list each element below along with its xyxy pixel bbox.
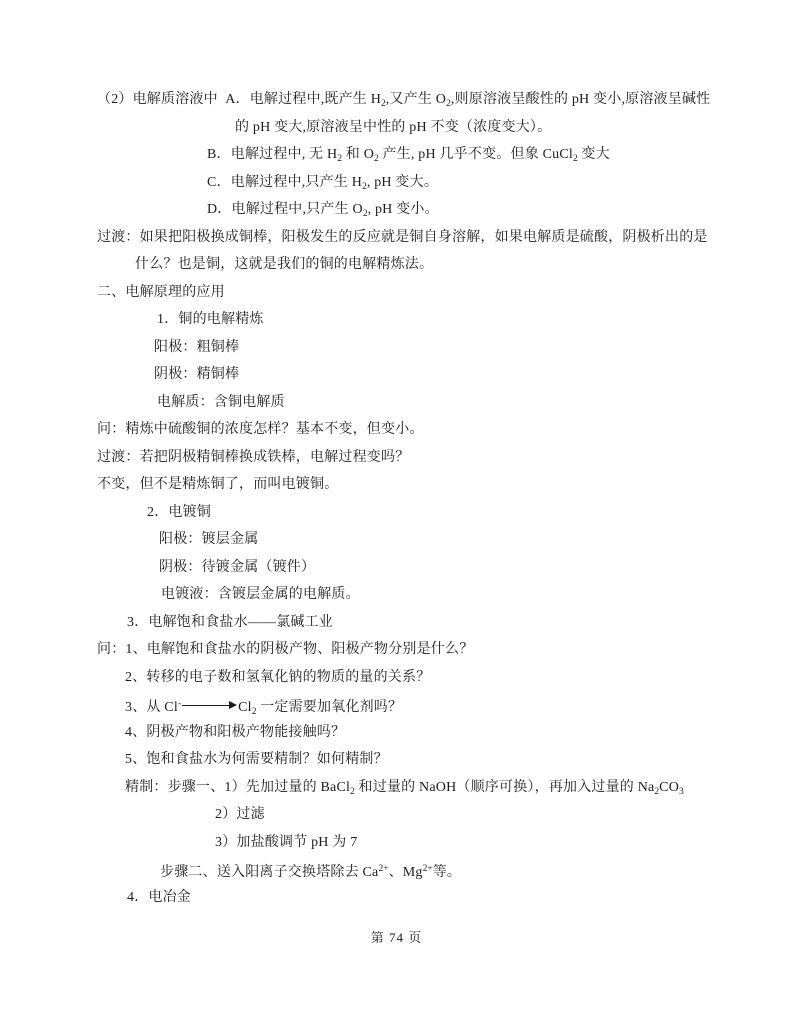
- text-segment: 变大: [578, 147, 610, 162]
- text-segment: 阴极：待镀金属（镀件）: [159, 560, 315, 575]
- superscript: 2+: [378, 864, 388, 874]
- text-line: 2）过滤: [97, 801, 737, 829]
- text-segment: 不变，但不是精炼铜了，而叫电镀铜。: [97, 477, 338, 492]
- text-line: 电解质：含铜电解质: [97, 389, 737, 417]
- text-segment: CO: [659, 780, 679, 795]
- text-line: D．电解过程中,只产生 O2, pH 变小。: [97, 196, 737, 224]
- text-line: 的 pH 变大,原溶液呈中性的 pH 不变（浓度变大）。: [97, 114, 737, 142]
- text-line: 5、饱和食盐水为何需要精制？如何精制？: [97, 746, 737, 774]
- text-line: 过渡：如果把阳极换成铜棒，阳极发生的反应就是铜自身溶解，如果电解质是硫酸，阴极析…: [97, 224, 737, 252]
- text-line: 问：精炼中硫酸铜的浓度怎样？基本不变，但变小。: [97, 416, 737, 444]
- text-segment: , pH 变小。: [368, 202, 439, 217]
- text-segment: 2、转移的电子数和氢氧化钠的物质的量的关系？: [125, 670, 430, 685]
- text-line: 电镀液：含镀层金属的电解质。: [97, 581, 737, 609]
- page-footer: 第 74 页: [0, 928, 793, 948]
- text-segment: 过渡：若把阴极精铜棒换成铁棒，电解过程变吗？: [97, 450, 409, 465]
- text-line: 阴极：待镀金属（镀件）: [97, 554, 737, 582]
- text-segment: 2．电镀铜: [147, 505, 211, 520]
- text-segment: 等。: [433, 865, 461, 880]
- text-segment: 4．电冶金: [127, 890, 191, 905]
- text-segment: 问：精炼中硫酸铜的浓度怎样？基本不变，但变小。: [97, 422, 424, 437]
- text-segment: 、Mg: [389, 865, 423, 880]
- text-segment: 阴极：精铜棒: [154, 367, 239, 382]
- superscript: 2+: [423, 864, 433, 874]
- text-segment: 阳极：粗铜棒: [154, 340, 239, 355]
- text-line: C．电解过程中,只产生 H2, pH 变大。: [97, 169, 737, 197]
- text-segment: C．电解过程中,只产生 H: [207, 175, 362, 190]
- text-line: 3、从 Cl-Cl2 一定需要加氧化剂吗？: [97, 691, 737, 719]
- text-line: 二、电解原理的应用: [97, 279, 737, 307]
- text-line: 4、阴极产物和阳极产物能接触吗？: [97, 719, 737, 747]
- text-segment: 和过量的 NaOH（顺序可换），再加入过量的 Na: [355, 780, 655, 795]
- text-segment: 二、电解原理的应用: [97, 285, 225, 300]
- text-line: 精制：步骤一、1）先加过量的 BaCl2 和过量的 NaOH（顺序可换），再加入…: [97, 774, 737, 802]
- text-segment: 什么？也是铜，这就是我们的铜的电解精炼法。: [135, 257, 433, 272]
- document-lines: （2）电解质溶液中 A．电解过程中,既产生 H2,又产生 O2,则原溶液呈酸性的…: [97, 86, 737, 911]
- text-line: 什么？也是铜，这就是我们的铜的电解精炼法。: [97, 251, 737, 279]
- text-line: 1．铜的电解精炼: [97, 306, 737, 334]
- text-segment: 一定需要加氧化剂吗？: [257, 700, 403, 715]
- text-segment: , pH 变大。: [367, 175, 438, 190]
- text-segment: 和 O: [342, 147, 374, 162]
- text-segment: Cl: [238, 700, 252, 715]
- document-page: （2）电解质溶液中 A．电解过程中,既产生 H2,又产生 O2,则原溶液呈酸性的…: [0, 0, 793, 1020]
- text-segment: 3）加盐酸调节 pH 为 7: [215, 835, 357, 850]
- text-segment: 产生, pH 几乎不变。但象 CuCl: [379, 147, 573, 162]
- text-line: 不变，但不是精炼铜了，而叫电镀铜。: [97, 471, 737, 499]
- text-segment: （2）电解质溶液中 A．电解过程中,既产生 H: [97, 92, 381, 107]
- text-line: （2）电解质溶液中 A．电解过程中,既产生 H2,又产生 O2,则原溶液呈酸性的…: [97, 86, 737, 114]
- text-line: 过渡：若把阴极精铜棒换成铁棒，电解过程变吗？: [97, 444, 737, 472]
- text-segment: 5、饱和食盐水为何需要精制？如何精制？: [125, 752, 388, 767]
- text-line: 步骤二、送入阳离子交换塔除去 Ca2+、Mg2+等。: [97, 856, 737, 884]
- right-arrow-icon: [182, 699, 237, 712]
- text-line: 2．电镀铜: [97, 499, 737, 527]
- text-segment: 电镀液：含镀层金属的电解质。: [161, 587, 360, 602]
- text-line: 2、转移的电子数和氢氧化钠的物质的量的关系？: [97, 664, 737, 692]
- text-segment: 1．铜的电解精炼: [157, 312, 264, 327]
- text-line: 问：1、电解饱和食盐水的阴极产物、阳极产物分别是什么？: [97, 636, 737, 664]
- subscript: 3: [679, 787, 684, 797]
- text-line: 阴极：精铜棒: [97, 361, 737, 389]
- text-segment: 的 pH 变大,原溶液呈中性的 pH 不变（浓度变大）。: [235, 120, 551, 135]
- text-line: 3．电解饱和食盐水——氯碱工业: [97, 609, 737, 637]
- text-line: B．电解过程中, 无 H2 和 O2 产生, pH 几乎不变。但象 CuCl2 …: [97, 141, 737, 169]
- text-segment: D．电解过程中,只产生 O: [207, 202, 363, 217]
- text-segment: 步骤二、送入阳离子交换塔除去 Ca: [160, 865, 378, 880]
- text-segment: B．电解过程中, 无 H: [207, 147, 337, 162]
- text-segment: 3、从 Cl: [125, 700, 178, 715]
- text-segment: ,又产生 O: [386, 92, 446, 107]
- text-segment: 阳极：镀层金属: [159, 532, 258, 547]
- text-segment: 3．电解饱和食盐水——氯碱工业: [127, 615, 333, 630]
- text-segment: 过渡：如果把阳极换成铜棒，阳极发生的反应就是铜自身溶解，如果电解质是硫酸，阴极析…: [97, 230, 708, 245]
- text-segment: ,则原溶液呈酸性的 pH 变小,原溶液呈碱性: [451, 92, 711, 107]
- text-line: 阳极：镀层金属: [97, 526, 737, 554]
- text-segment: 电解质：含铜电解质: [157, 395, 285, 410]
- text-line: 阳极：粗铜棒: [97, 334, 737, 362]
- text-segment: 问：1、电解饱和食盐水的阴极产物、阳极产物分别是什么？: [97, 642, 473, 657]
- text-line: 4．电冶金: [97, 884, 737, 912]
- text-segment: 4、阴极产物和阳极产物能接触吗？: [125, 725, 345, 740]
- text-line: 3）加盐酸调节 pH 为 7: [97, 829, 737, 857]
- text-segment: 精制：步骤一、1）先加过量的 BaCl: [125, 780, 350, 795]
- superscript: -: [178, 699, 181, 709]
- text-segment: 2）过滤: [215, 807, 265, 822]
